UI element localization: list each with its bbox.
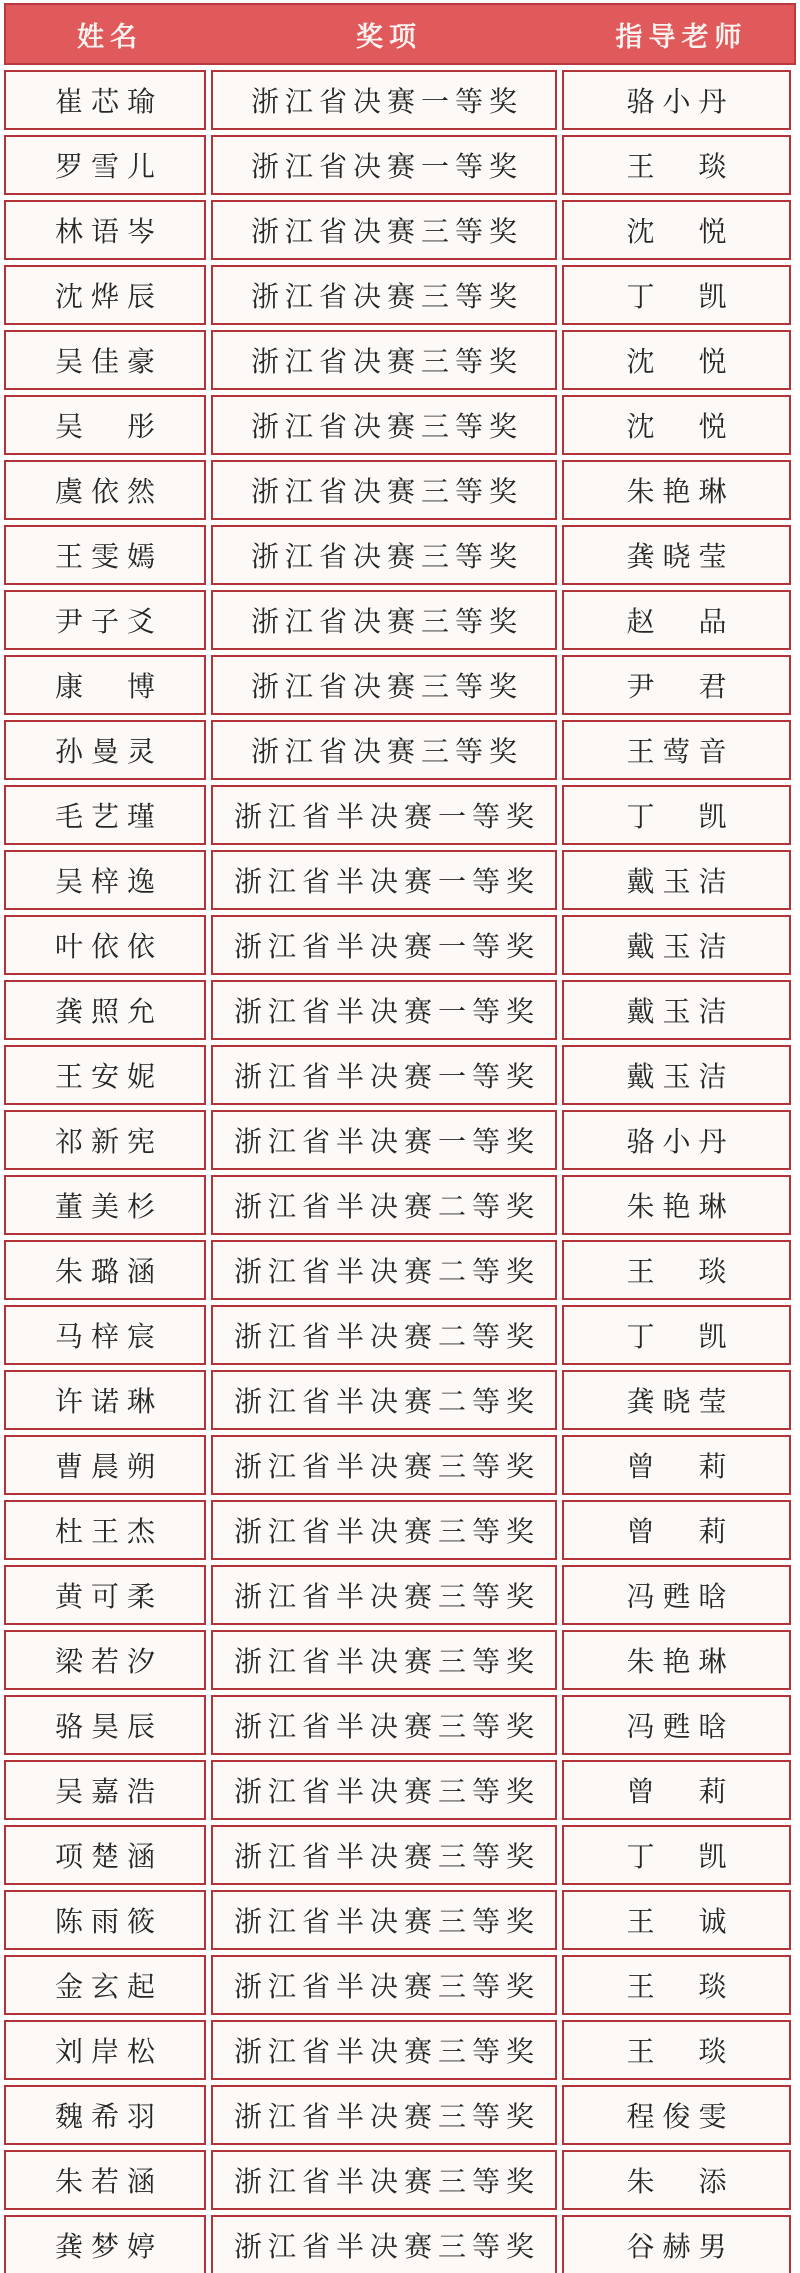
name-cell: 毛艺瑾 [4,785,206,845]
table-row: 曹晨朔 浙江省半决赛三等奖 曾 莉 [4,1435,796,1495]
teacher-cell: 骆小丹 [562,70,791,130]
award-cell: 浙江省决赛三等奖 [211,590,557,650]
name-cell: 龚照允 [4,980,206,1040]
table-row: 魏希羽 浙江省半决赛三等奖 程俊雯 [4,2085,796,2145]
name-cell: 龚梦婷 [4,2215,206,2273]
name-cell: 朱若涵 [4,2150,206,2210]
name-cell: 孙曼灵 [4,720,206,780]
teacher-cell: 龚晓莹 [562,525,791,585]
award-cell: 浙江省决赛三等奖 [211,655,557,715]
header-teacher-column: 指导老师 [564,5,793,63]
table-row: 许诺琳 浙江省半决赛二等奖 龚晓莹 [4,1370,796,1430]
table-row: 罗雪儿 浙江省决赛一等奖 王 琰 [4,135,796,195]
teacher-cell: 戴玉洁 [562,915,791,975]
table-row: 吴 彤 浙江省决赛三等奖 沈 悦 [4,395,796,455]
header-name-column: 姓名 [6,5,208,63]
teacher-cell: 戴玉洁 [562,850,791,910]
award-cell: 浙江省决赛三等奖 [211,395,557,455]
table-row: 陈雨筱 浙江省半决赛三等奖 王 诚 [4,1890,796,1950]
name-cell: 梁若汐 [4,1630,206,1690]
teacher-cell: 丁 凯 [562,1305,791,1365]
table-row: 龚照允 浙江省半决赛一等奖 戴玉洁 [4,980,796,1040]
award-cell: 浙江省半决赛一等奖 [211,915,557,975]
name-cell: 吴 彤 [4,395,206,455]
award-cell: 浙江省半决赛三等奖 [211,1955,557,2015]
name-cell: 金玄起 [4,1955,206,2015]
award-cell: 浙江省半决赛一等奖 [211,1045,557,1105]
table-row: 马梓宸 浙江省半决赛二等奖 丁 凯 [4,1305,796,1365]
name-cell: 崔芯瑜 [4,70,206,130]
award-cell: 浙江省决赛三等奖 [211,460,557,520]
teacher-cell: 王 琰 [562,135,791,195]
teacher-cell: 王 琰 [562,1240,791,1300]
award-cell: 浙江省半决赛三等奖 [211,1565,557,1625]
teacher-cell: 赵 品 [562,590,791,650]
teacher-cell: 戴玉洁 [562,1045,791,1105]
name-cell: 朱璐涵 [4,1240,206,1300]
name-cell: 叶依依 [4,915,206,975]
table-row: 骆昊辰 浙江省半决赛三等奖 冯甦晗 [4,1695,796,1755]
name-cell: 林语岑 [4,200,206,260]
table-header-row: 姓名 奖项 指导老师 [4,3,796,65]
table-row: 金玄起 浙江省半决赛三等奖 王 琰 [4,1955,796,2015]
award-cell: 浙江省决赛三等奖 [211,525,557,585]
table-row: 项楚涵 浙江省半决赛三等奖 丁 凯 [4,1825,796,1885]
table-row: 朱若涵 浙江省半决赛三等奖 朱 添 [4,2150,796,2210]
award-cell: 浙江省半决赛二等奖 [211,1305,557,1365]
teacher-cell: 沈 悦 [562,395,791,455]
name-cell: 祁新宪 [4,1110,206,1170]
award-cell: 浙江省决赛三等奖 [211,720,557,780]
name-cell: 吴佳豪 [4,330,206,390]
table-row: 董美杉 浙江省半决赛二等奖 朱艳琳 [4,1175,796,1235]
award-cell: 浙江省决赛三等奖 [211,200,557,260]
teacher-cell: 朱艳琳 [562,1630,791,1690]
table-row: 梁若汐 浙江省半决赛三等奖 朱艳琳 [4,1630,796,1690]
award-cell: 浙江省半决赛一等奖 [211,785,557,845]
name-cell: 吴梓逸 [4,850,206,910]
name-cell: 曹晨朔 [4,1435,206,1495]
name-cell: 骆昊辰 [4,1695,206,1755]
teacher-cell: 尹 君 [562,655,791,715]
teacher-cell: 曾 莉 [562,1435,791,1495]
table-row: 尹子爻 浙江省决赛三等奖 赵 品 [4,590,796,650]
name-cell: 王安妮 [4,1045,206,1105]
table-row: 叶依依 浙江省半决赛一等奖 戴玉洁 [4,915,796,975]
award-cell: 浙江省半决赛三等奖 [211,1500,557,1560]
table-row: 毛艺瑾 浙江省半决赛一等奖 丁 凯 [4,785,796,845]
name-cell: 杜王杰 [4,1500,206,1560]
teacher-cell: 程俊雯 [562,2085,791,2145]
award-cell: 浙江省半决赛三等奖 [211,1890,557,1950]
award-cell: 浙江省半决赛三等奖 [211,1760,557,1820]
teacher-cell: 朱艳琳 [562,1175,791,1235]
teacher-cell: 丁 凯 [562,1825,791,1885]
table-row: 王雯嫣 浙江省决赛三等奖 龚晓莹 [4,525,796,585]
award-cell: 浙江省半决赛二等奖 [211,1240,557,1300]
award-cell: 浙江省半决赛二等奖 [211,1370,557,1430]
table-row: 孙曼灵 浙江省决赛三等奖 王莺音 [4,720,796,780]
name-cell: 康 博 [4,655,206,715]
table-row: 崔芯瑜 浙江省决赛一等奖 骆小丹 [4,70,796,130]
teacher-cell: 朱 添 [562,2150,791,2210]
award-cell: 浙江省半决赛三等奖 [211,1825,557,1885]
table-row: 沈烨辰 浙江省决赛三等奖 丁 凯 [4,265,796,325]
table-row: 朱璐涵 浙江省半决赛二等奖 王 琰 [4,1240,796,1300]
name-cell: 吴嘉浩 [4,1760,206,1820]
name-cell: 沈烨辰 [4,265,206,325]
award-cell: 浙江省决赛三等奖 [211,330,557,390]
award-cell: 浙江省决赛三等奖 [211,265,557,325]
name-cell: 项楚涵 [4,1825,206,1885]
name-cell: 黄可柔 [4,1565,206,1625]
table-body: 崔芯瑜 浙江省决赛一等奖 骆小丹 罗雪儿 浙江省决赛一等奖 王 琰 林语岑 浙江… [4,70,796,2273]
award-cell: 浙江省半决赛一等奖 [211,980,557,1040]
teacher-cell: 沈 悦 [562,200,791,260]
award-cell: 浙江省半决赛一等奖 [211,1110,557,1170]
teacher-cell: 冯甦晗 [562,1565,791,1625]
table-row: 吴梓逸 浙江省半决赛一等奖 戴玉洁 [4,850,796,910]
teacher-cell: 王 诚 [562,1890,791,1950]
table-row: 林语岑 浙江省决赛三等奖 沈 悦 [4,200,796,260]
table-row: 吴佳豪 浙江省决赛三等奖 沈 悦 [4,330,796,390]
table-row: 王安妮 浙江省半决赛一等奖 戴玉洁 [4,1045,796,1105]
teacher-cell: 曾 莉 [562,1500,791,1560]
teacher-cell: 戴玉洁 [562,980,791,1040]
name-cell: 董美杉 [4,1175,206,1235]
teacher-cell: 谷赫男 [562,2215,791,2273]
award-cell: 浙江省半决赛二等奖 [211,1175,557,1235]
name-cell: 陈雨筱 [4,1890,206,1950]
table-row: 刘岸松 浙江省半决赛三等奖 王 琰 [4,2020,796,2080]
award-cell: 浙江省半决赛三等奖 [211,2085,557,2145]
name-cell: 王雯嫣 [4,525,206,585]
name-cell: 虞依然 [4,460,206,520]
award-cell: 浙江省决赛一等奖 [211,135,557,195]
name-cell: 马梓宸 [4,1305,206,1365]
teacher-cell: 王莺音 [562,720,791,780]
table-row: 吴嘉浩 浙江省半决赛三等奖 曾 莉 [4,1760,796,1820]
award-cell: 浙江省半决赛三等奖 [211,1695,557,1755]
teacher-cell: 沈 悦 [562,330,791,390]
award-cell: 浙江省半决赛三等奖 [211,2150,557,2210]
table-row: 康 博 浙江省决赛三等奖 尹 君 [4,655,796,715]
table-row: 虞依然 浙江省决赛三等奖 朱艳琳 [4,460,796,520]
header-award-column: 奖项 [213,5,559,63]
table-row: 祁新宪 浙江省半决赛一等奖 骆小丹 [4,1110,796,1170]
teacher-cell: 龚晓莹 [562,1370,791,1430]
teacher-cell: 冯甦晗 [562,1695,791,1755]
table-row: 黄可柔 浙江省半决赛三等奖 冯甦晗 [4,1565,796,1625]
award-cell: 浙江省半决赛三等奖 [211,2020,557,2080]
teacher-cell: 王 琰 [562,2020,791,2080]
name-cell: 尹子爻 [4,590,206,650]
award-cell: 浙江省半决赛一等奖 [211,850,557,910]
award-cell: 浙江省半决赛三等奖 [211,1435,557,1495]
name-cell: 刘岸松 [4,2020,206,2080]
award-cell: 浙江省半决赛三等奖 [211,1630,557,1690]
name-cell: 罗雪儿 [4,135,206,195]
teacher-cell: 王 琰 [562,1955,791,2015]
awards-table-page: 姓名 奖项 指导老师 崔芯瑜 浙江省决赛一等奖 骆小丹 罗雪儿 浙江省决赛一等奖… [0,0,800,2273]
name-cell: 魏希羽 [4,2085,206,2145]
teacher-cell: 曾 莉 [562,1760,791,1820]
teacher-cell: 丁 凯 [562,785,791,845]
award-cell: 浙江省决赛一等奖 [211,70,557,130]
name-cell: 许诺琳 [4,1370,206,1430]
teacher-cell: 朱艳琳 [562,460,791,520]
table-row: 龚梦婷 浙江省半决赛三等奖 谷赫男 [4,2215,796,2273]
award-cell: 浙江省半决赛三等奖 [211,2215,557,2273]
teacher-cell: 骆小丹 [562,1110,791,1170]
teacher-cell: 丁 凯 [562,265,791,325]
table-row: 杜王杰 浙江省半决赛三等奖 曾 莉 [4,1500,796,1560]
